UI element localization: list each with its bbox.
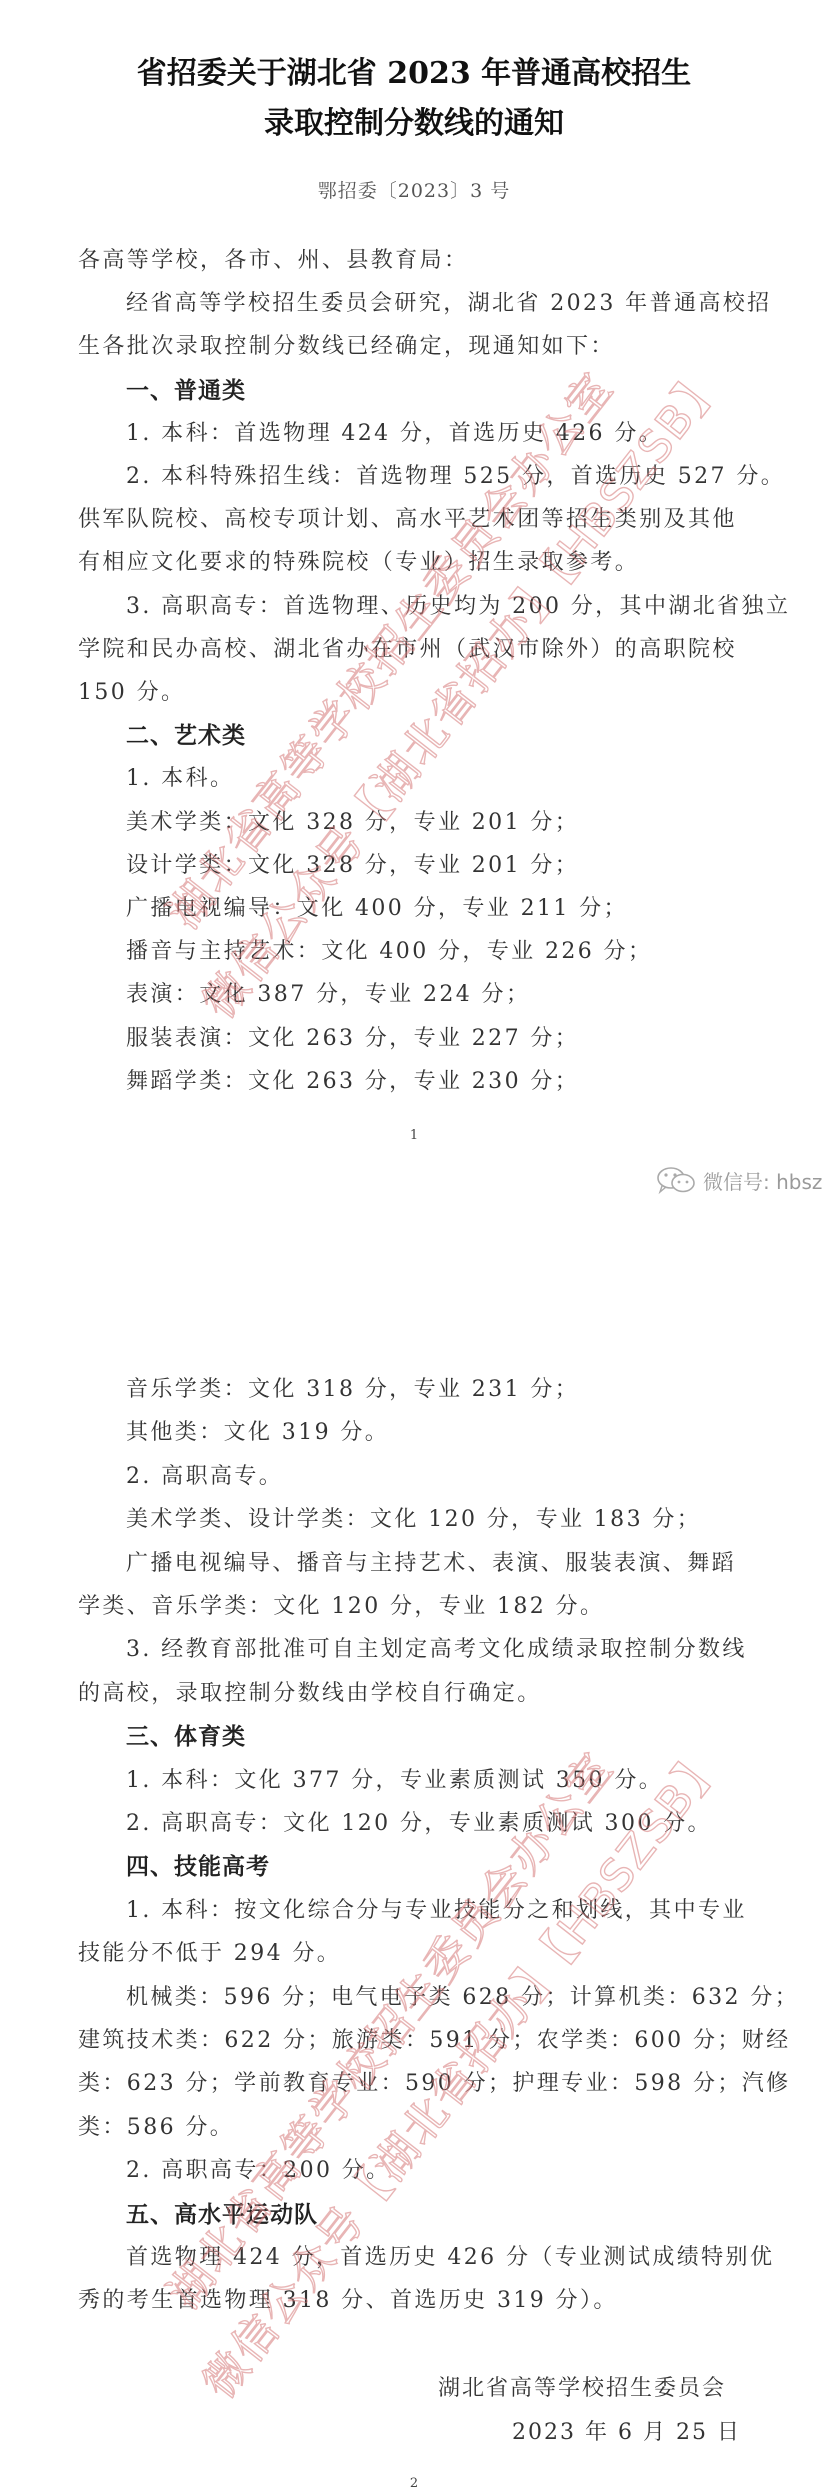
body-line: 1. 本科：按文化综合分与专业技能分之和划线，其中专业 xyxy=(126,1896,747,1926)
body-line: 广播电视编导、播音与主持艺术、表演、服装表演、舞蹈 xyxy=(126,1549,736,1579)
body-line: 1. 本科：文化 377 分，专业素质测试 350 分。 xyxy=(126,1766,663,1796)
body-line: 1. 本科。 xyxy=(126,764,234,794)
body-line: 2. 高职高专。 xyxy=(126,1462,283,1492)
body-line: 3. 高职高专：首选物理、历史均为 200 分，其中湖北省独立 xyxy=(126,592,790,622)
wechat-badge: 微信号: hbsz xyxy=(655,1165,822,1195)
watermark-wechat-account: 微信公众号【湖北省招办】【HBSZSB】 xyxy=(185,350,736,1030)
body-line: 服装表演：文化 263 分，专业 227 分； xyxy=(126,1024,579,1054)
page-number-1: 1 xyxy=(0,1128,828,1143)
body-line: 美术学类、设计学类：文化 120 分，专业 183 分； xyxy=(126,1505,701,1535)
body-line: 其他类：文化 319 分。 xyxy=(126,1418,389,1448)
body-line: 各高等学校，各市、州、县教育局： xyxy=(78,246,468,276)
body-line: 学院和民办高校、湖北省办在市州（武汉市除外）的高职院校 xyxy=(78,635,737,665)
body-line: 舞蹈学类：文化 263 分，专业 230 分； xyxy=(126,1067,579,1097)
issue-date: 2023 年 6 月 25 日 xyxy=(512,2415,741,2446)
document-title-line-2: 录取控制分数线的通知 xyxy=(0,98,828,142)
section-heading: 五、高水平运动队 xyxy=(126,2200,318,2230)
body-line: 有相应文化要求的特殊院校（专业）招生录取参考。 xyxy=(78,548,639,578)
body-line: 广播电视编导：文化 400 分，专业 211 分； xyxy=(126,894,628,924)
wechat-id-label: 微信号: hbsz xyxy=(703,1166,822,1195)
notice-document: 省招委关于湖北省 2023 年普通高校招生 录取控制分数线的通知 鄂招委〔202… xyxy=(0,0,828,2488)
body-line: 首选物理 424 分，首选历史 426 分（专业测试成绩特别优 xyxy=(126,2243,774,2273)
document-title-line-1: 省招委关于湖北省 2023 年普通高校招生 xyxy=(0,48,828,92)
body-line: 150 分。 xyxy=(78,678,185,708)
page-number-2: 2 xyxy=(0,2476,828,2488)
body-line: 音乐学类：文化 318 分，专业 231 分； xyxy=(126,1375,579,1405)
body-line: 美术学类：文化 328 分，专业 201 分； xyxy=(126,808,579,838)
body-line: 1. 本科：首选物理 424 分，首选历史 426 分。 xyxy=(126,419,663,449)
section-heading: 四、技能高考 xyxy=(126,1852,270,1882)
body-line: 2. 高职高专：200 分。 xyxy=(126,2156,391,2186)
body-line: 类：586 分。 xyxy=(78,2113,234,2143)
body-line: 表演：文化 387 分，专业 224 分； xyxy=(126,980,530,1010)
issuer-signature: 湖北省高等学校招生委员会 xyxy=(438,2371,726,2402)
body-line: 2. 本科特殊招生线：首选物理 525 分，首选历史 527 分。 xyxy=(126,462,785,492)
body-line: 的高校，录取控制分数线由学校自行确定。 xyxy=(78,1679,542,1709)
body-line: 类：623 分；学前教育专业：590 分；护理专业：598 分；汽修 xyxy=(78,2069,791,2099)
body-line: 秀的考生首选物理 318 分、首选历史 319 分）。 xyxy=(78,2286,618,2316)
section-heading: 一、普通类 xyxy=(126,376,246,406)
body-line: 技能分不低于 294 分。 xyxy=(78,1939,341,1969)
body-line: 机械类：596 分；电气电子类 628 分；计算机类：632 分； xyxy=(126,1983,799,2013)
body-line: 设计学类：文化 328 分，专业 201 分； xyxy=(126,851,579,881)
body-line: 播音与主持艺术：文化 400 分，专业 226 分； xyxy=(126,937,652,967)
document-number: 鄂招委〔2023〕3 号 xyxy=(0,176,828,203)
body-line: 供军队院校、高校专项计划、高水平艺术团等招生类别及其他 xyxy=(78,505,737,535)
body-line: 建筑技术类：622 分；旅游类：591 分；农学类：600 分；财经 xyxy=(78,2026,791,2056)
section-heading: 二、艺术类 xyxy=(126,721,246,751)
section-heading: 三、体育类 xyxy=(126,1722,246,1752)
body-line: 经省高等学校招生委员会研究，湖北省 2023 年普通高校招 xyxy=(126,289,772,319)
body-line: 生各批次录取控制分数线已经确定，现通知如下： xyxy=(78,332,615,362)
wechat-icon xyxy=(655,1165,699,1195)
body-line: 2. 高职高专：文化 120 分，专业素质测试 300 分。 xyxy=(126,1809,712,1839)
body-line: 3. 经教育部批准可自主划定高考文化成绩录取控制分数线 xyxy=(126,1635,747,1665)
body-line: 学类、音乐学类：文化 120 分，专业 182 分。 xyxy=(78,1592,604,1622)
